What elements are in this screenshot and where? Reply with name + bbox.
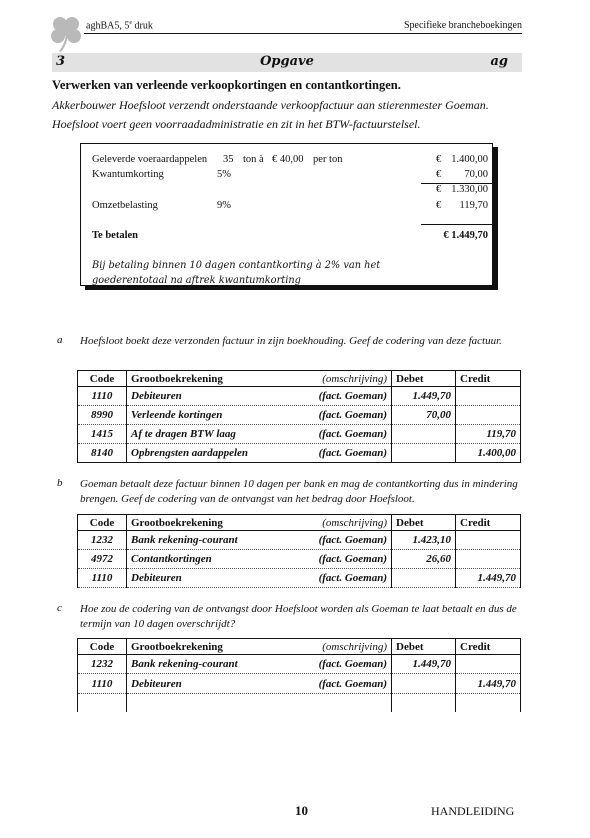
currency-sign: € <box>436 154 441 165</box>
exercise-tag: ag <box>490 54 508 69</box>
currency-sign: € <box>436 184 441 195</box>
header-account: Grootboekrekening(omschrijving) <box>127 515 392 531</box>
question-c-text: Hoe zou de codering van de ontvangst doo… <box>80 602 520 632</box>
invoice-line2-pct: 5% <box>217 169 231 180</box>
table-row-empty <box>78 694 521 713</box>
header-account: Grootboekrekening(omschrijving) <box>127 639 392 655</box>
ledger-table-c: Code Grootboekrekening(omschrijving) Deb… <box>77 638 521 712</box>
header-credit: Credit <box>456 639 521 655</box>
invoice-line1-per: per ton <box>313 154 342 165</box>
header-code: Code <box>78 639 127 655</box>
currency-sign: € <box>436 169 441 180</box>
exercise-intro: Akkerbouwer Hoefsloot verzendt onderstaa… <box>52 96 524 134</box>
question-b-letter: b <box>57 477 63 489</box>
invoice-line2-label: Kwantumkorting <box>92 169 164 180</box>
currency-sign: € <box>436 200 441 211</box>
invoice-line1-amount: 1.400,00 <box>451 154 488 165</box>
table-row: 4972 Contantkortingen(fact. Goeman) 26,6… <box>78 550 521 569</box>
page-number: 10 <box>295 803 308 819</box>
header-code: Code <box>78 515 127 531</box>
question-b-text: Goeman betaalt deze factuur binnen 10 da… <box>80 477 520 507</box>
invoice-line1-unit: ton à <box>243 154 264 165</box>
invoice-line3-label: Omzetbelasting <box>92 200 158 211</box>
invoice-box: Geleverde voeraardappelen 35 ton à € 40,… <box>80 143 493 286</box>
table-row: 1110 Debiteuren(fact. Goeman) 1.449,70 <box>78 674 521 694</box>
ledger-table-a: Code Grootboekrekening(omschrijving) Deb… <box>77 370 521 463</box>
table-header-row: Code Grootboekrekening(omschrijving) Deb… <box>78 371 521 387</box>
header-book-edition: aghBA5, 5e druk <box>86 20 153 31</box>
table-row: 8140 Opbrengsten aardappelen(fact. Goema… <box>78 444 521 463</box>
header-credit: Credit <box>456 515 521 531</box>
invoice-total-amount: € 1.449,70 <box>443 230 488 241</box>
table-row: 1232 Bank rekening-courant(fact. Goeman)… <box>78 531 521 550</box>
question-a-letter: a <box>57 334 63 346</box>
total-rule <box>421 224 492 225</box>
question-a-text: Hoefsloot boekt deze verzonden factuur i… <box>80 334 520 349</box>
header-account: Grootboekrekening(omschrijving) <box>127 371 392 387</box>
header-debit: Debet <box>392 515 456 531</box>
invoice-line3-amount: 119,70 <box>460 200 489 211</box>
invoice-line3-pct: 9% <box>217 200 231 211</box>
invoice-payment-note: Bij betaling binnen 10 dagen contantkort… <box>92 258 380 288</box>
invoice-line2-amount: 70,00 <box>464 169 488 180</box>
header-debit: Debet <box>392 371 456 387</box>
clover-icon <box>48 14 84 52</box>
invoice-line1-price: € 40,00 <box>272 154 304 165</box>
invoice-subtotal-amount: 1.330,00 <box>451 184 488 195</box>
header-debit: Debet <box>392 639 456 655</box>
table-row: 1110 Debiteuren(fact. Goeman) 1.449,70 <box>78 387 521 406</box>
table-header-row: Code Grootboekrekening(omschrijving) Deb… <box>78 639 521 655</box>
exercise-title: Opgave <box>52 54 522 69</box>
invoice-line1-label: Geleverde voeraardappelen <box>92 154 207 165</box>
table-row: 8990 Verleende kortingen(fact. Goeman) 7… <box>78 406 521 425</box>
ledger-table-b: Code Grootboekrekening(omschrijving) Deb… <box>77 514 521 588</box>
header-chapter-title: Specifieke brancheboekingen <box>404 20 522 31</box>
question-c-letter: c <box>57 602 62 614</box>
table-row: 1415 Af te dragen BTW laag(fact. Goeman)… <box>78 425 521 444</box>
exercise-title-band: 3 Opgave ag <box>52 53 522 72</box>
exercise-subject: Verwerken van verleende verkoopkortingen… <box>52 78 401 93</box>
invoice-total-label: Te betalen <box>92 230 138 241</box>
header-code: Code <box>78 371 127 387</box>
header-rule <box>84 33 522 34</box>
table-row: 1232 Bank rekening-courant(fact. Goeman)… <box>78 655 521 674</box>
table-row: 1110 Debiteuren(fact. Goeman) 1.449,70 <box>78 569 521 588</box>
table-header-row: Code Grootboekrekening(omschrijving) Deb… <box>78 515 521 531</box>
footer-label: HANDLEIDING <box>431 804 514 819</box>
header-credit: Credit <box>456 371 521 387</box>
invoice-line1-qty: 35 <box>223 154 234 165</box>
